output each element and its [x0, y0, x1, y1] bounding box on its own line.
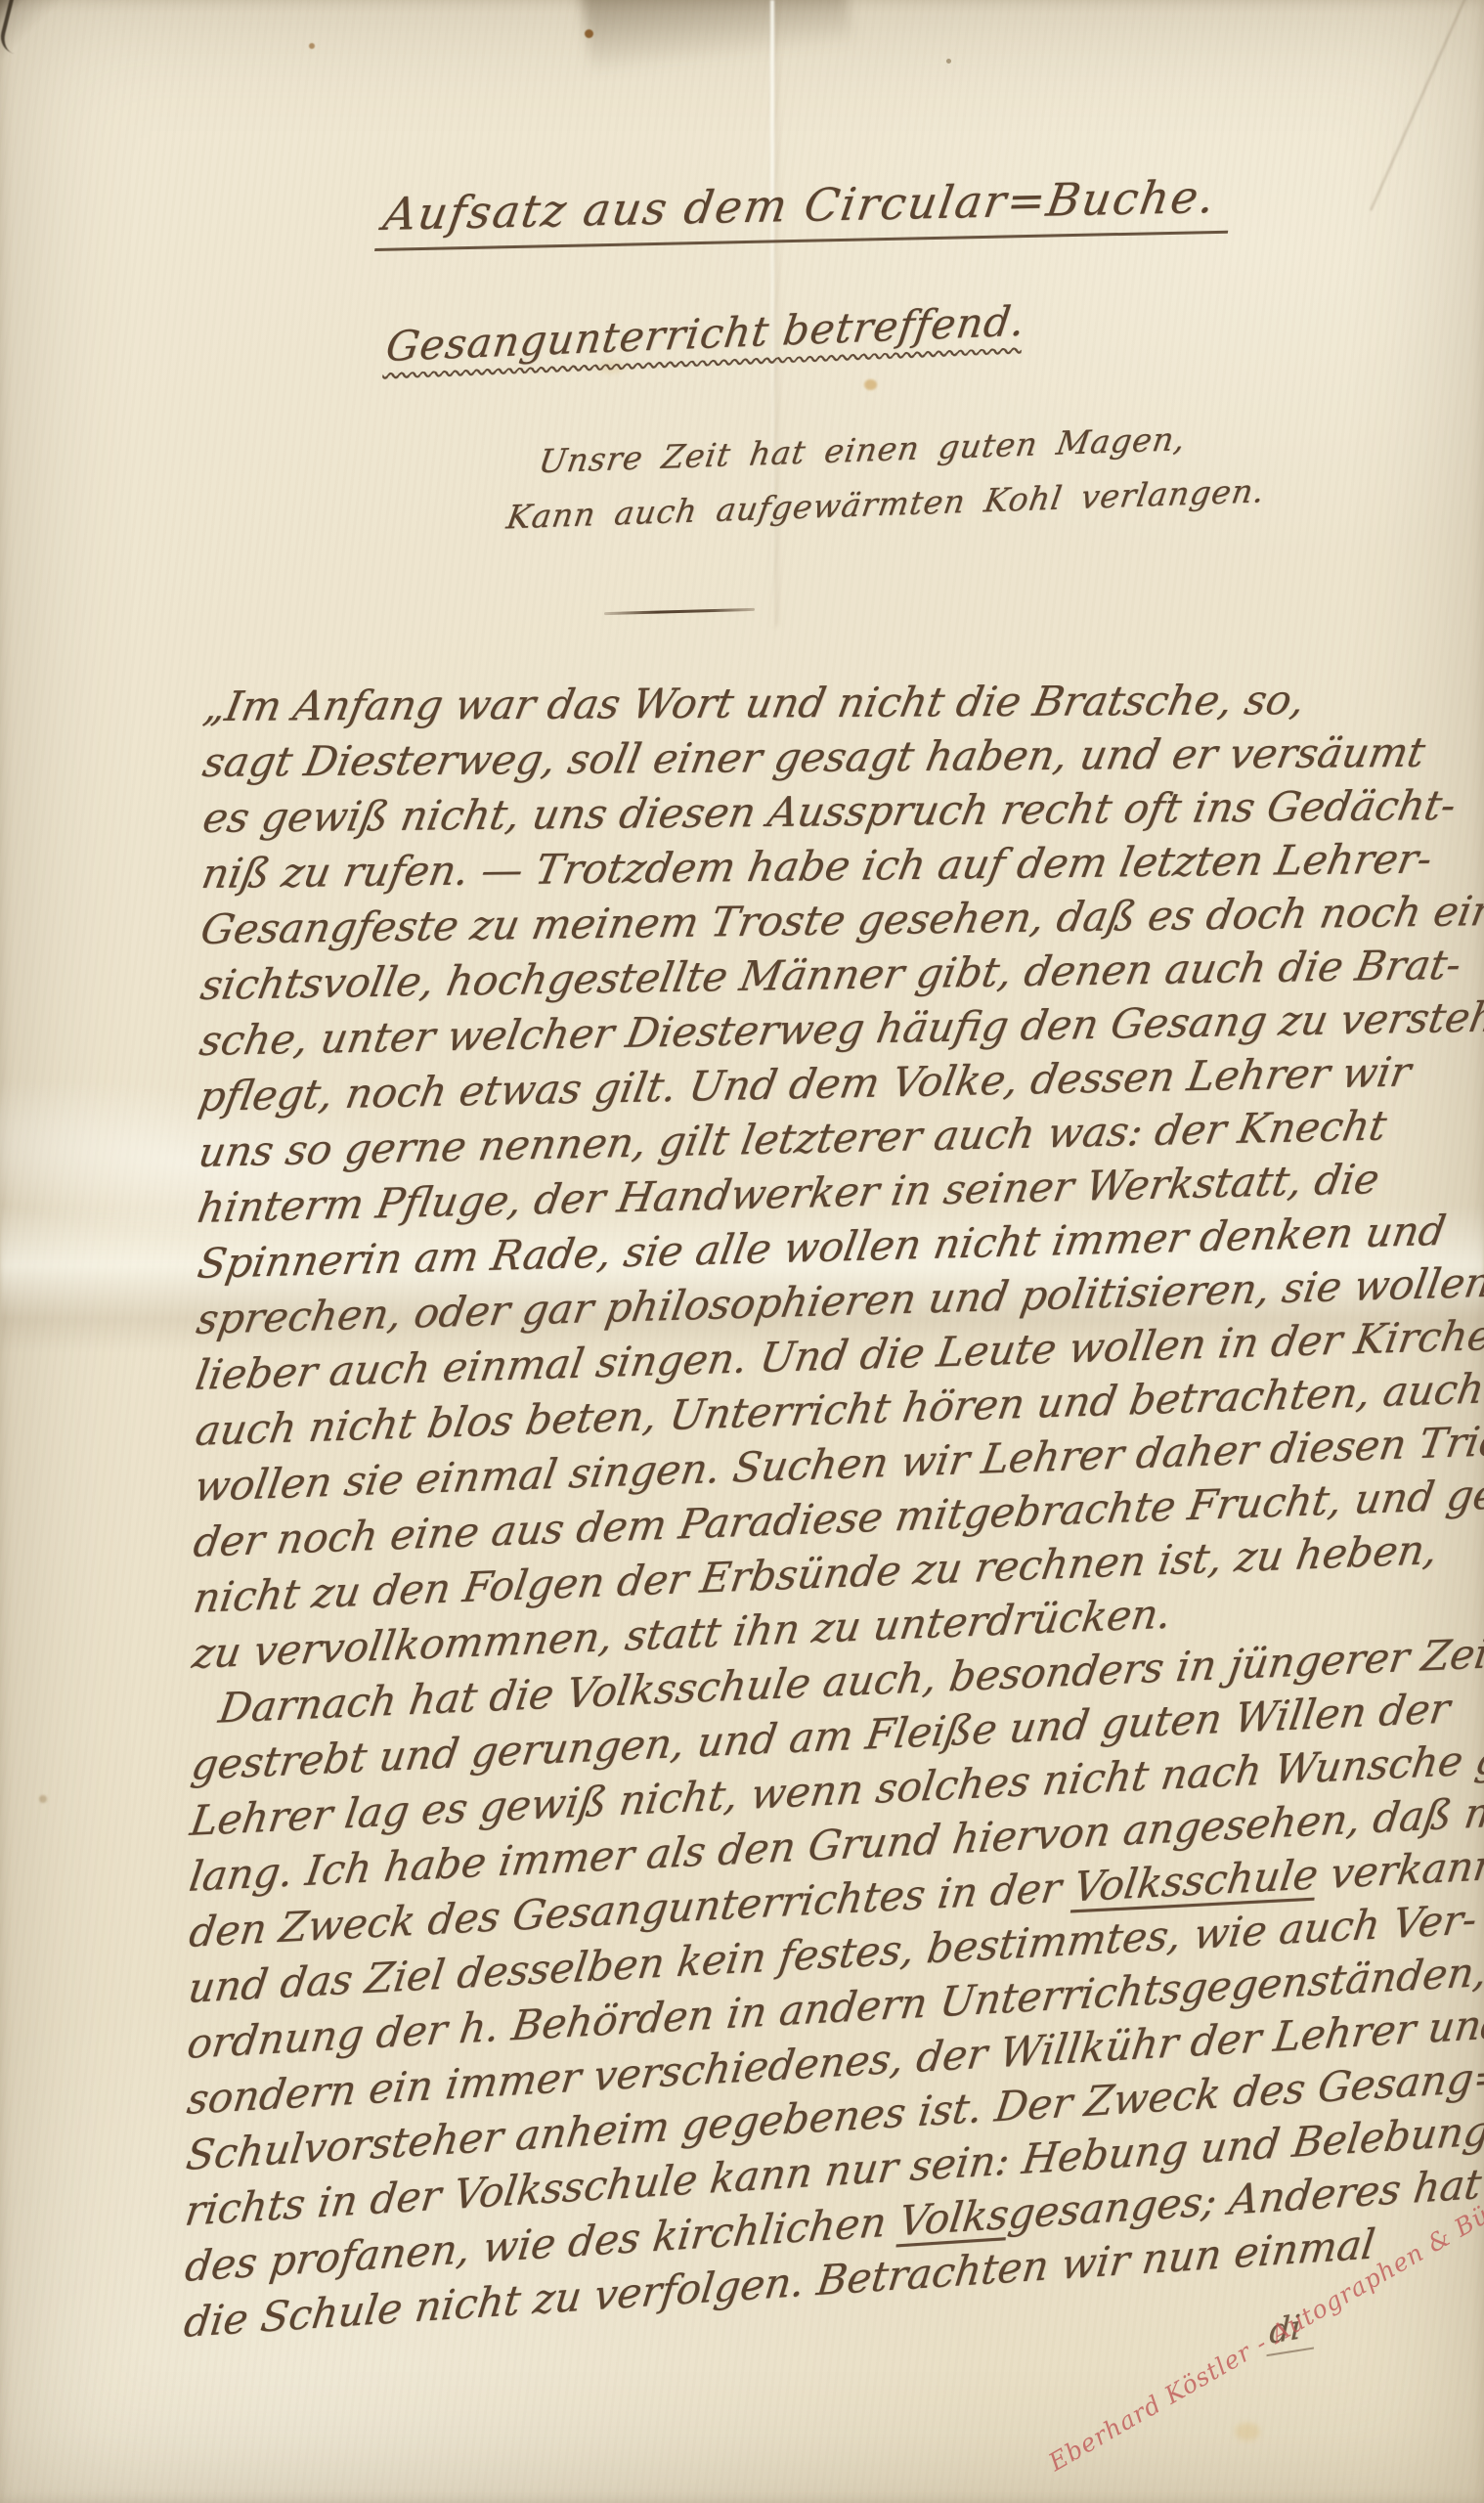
motto: Unsre Zeit hat einen guten Magen, Kann a…: [526, 409, 1278, 545]
fox-spot: [598, 360, 624, 373]
fold-shadow-top: [580, 0, 853, 76]
fox-spot: [39, 1795, 47, 1803]
fox-spot: [309, 43, 315, 49]
fox-spot: [1235, 2423, 1260, 2440]
fox-spot: [946, 59, 951, 64]
line-text: verkannt,: [1314, 1839, 1484, 1899]
body-text: „Im Anfang war das Wort und nicht die Br…: [182, 679, 1484, 2350]
manuscript-page: Aufsatz aus dem Circular=Buche. Gesangun…: [0, 0, 1484, 2503]
fox-spot: [864, 379, 877, 390]
ink-divider: [604, 608, 755, 615]
crease-line-top-right: [1370, 0, 1471, 211]
document-title: Aufsatz aus dem Circular=Buche.: [374, 169, 1238, 251]
underlined-word: Volks: [895, 2190, 1011, 2246]
fox-spot: [585, 29, 593, 38]
document-subtitle: Gesangunterricht betreffend.: [383, 296, 1028, 371]
